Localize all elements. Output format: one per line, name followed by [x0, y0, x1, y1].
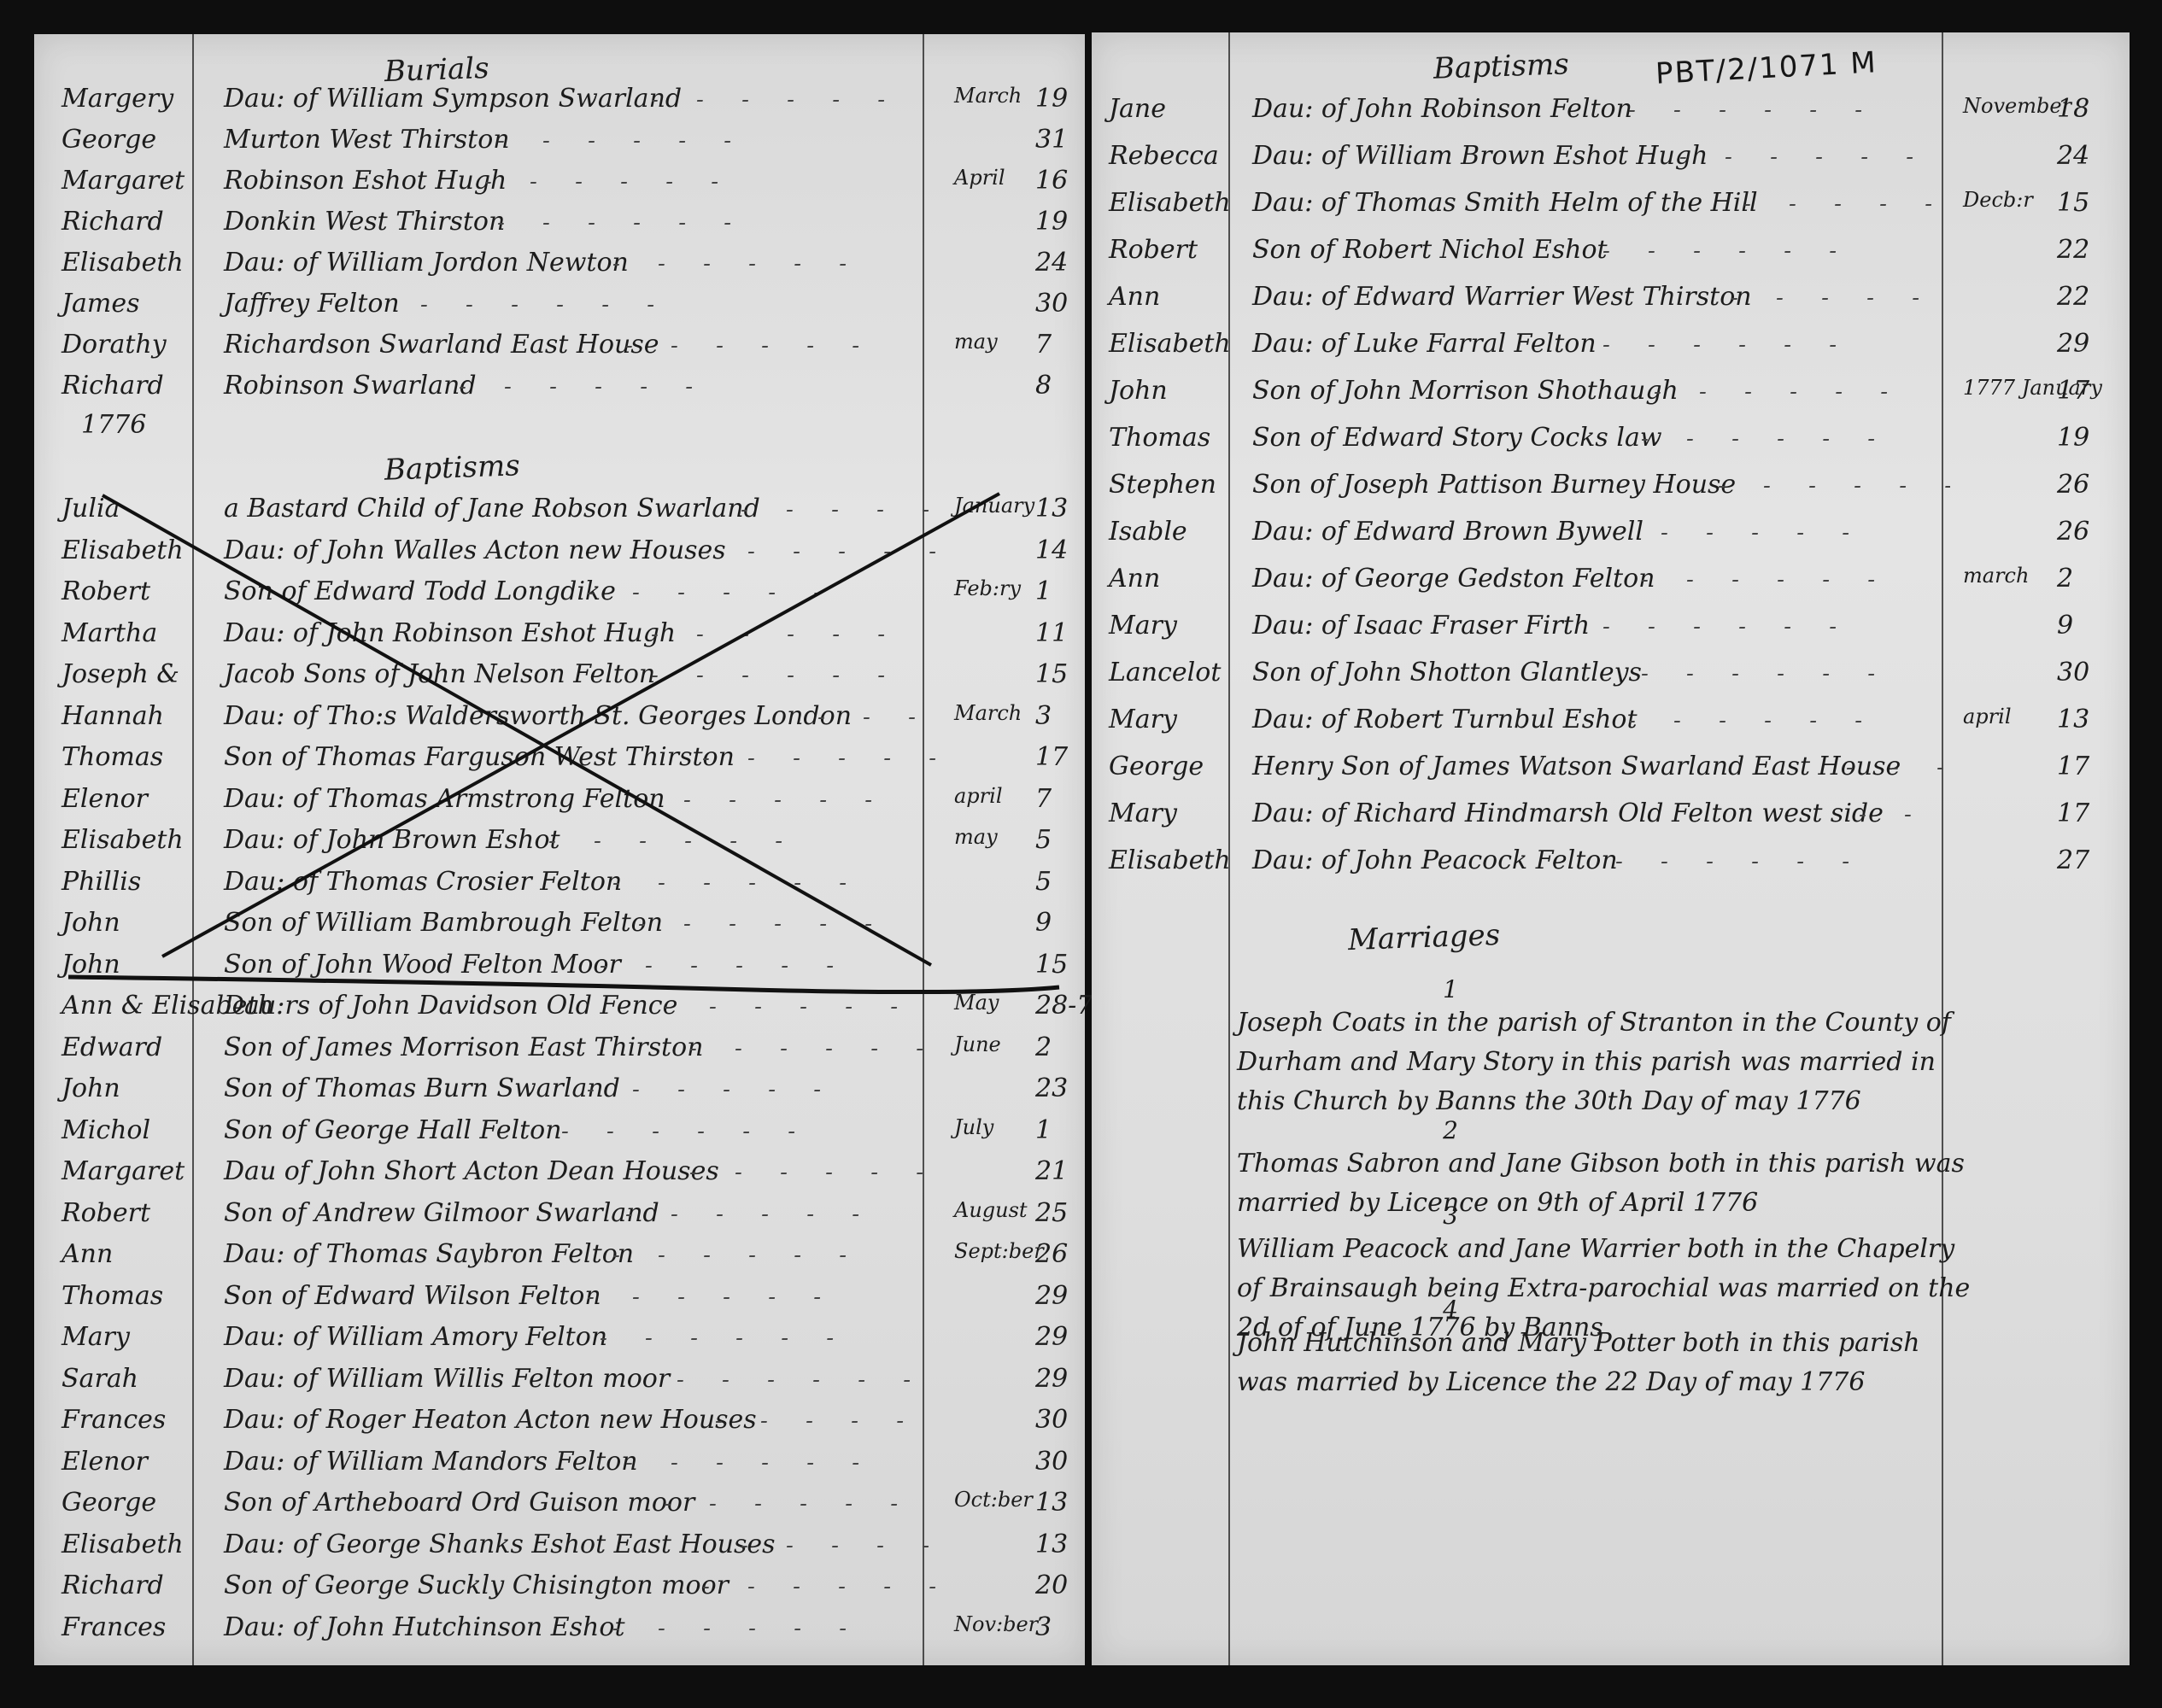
- leader-dashes: - - - - - -: [600, 953, 941, 979]
- entry-description: Son of George Suckly Chisington moor: [224, 1571, 729, 1600]
- entry-name: John: [1109, 376, 1168, 406]
- register-entry: AnnDau: of George Gedston Feltonmarch2- …: [1109, 564, 2117, 603]
- right-page: Baptisms PBT/2/1071 M JaneDau: of John R…: [1092, 32, 2130, 1665]
- entry-month: april: [1963, 705, 2012, 728]
- entry-description: Robinson Eshot Hugh: [224, 166, 507, 196]
- marriages-heading: Marriages: [1347, 918, 1500, 957]
- register-entry: SarahDau: of William Willis Felton moor2…: [62, 1364, 1069, 1403]
- entry-month: Sept:ber: [954, 1239, 1044, 1263]
- entry-month: August: [954, 1198, 1028, 1222]
- entry-name: Julia: [62, 494, 120, 524]
- entry-description: Dau: of Isaac Fraser Firth: [1252, 611, 1590, 640]
- entry-name: Elenor: [62, 1447, 148, 1477]
- leader-dashes: - - - - - -: [625, 333, 941, 359]
- entry-description: Dau: of Luke Farral Felton: [1252, 329, 1597, 359]
- entry-description: Dau: of Tho:s Waldersworth St. Georges L…: [224, 701, 852, 731]
- entry-description: Dau: of Thomas Armstrong Felton: [224, 784, 665, 814]
- entry-name: Joseph &: [62, 659, 179, 689]
- register-entry: MaryDau: of Robert Turnbul Eshotapril13-…: [1109, 705, 2117, 744]
- baptisms-heading-right: Baptisms: [1433, 47, 1569, 86]
- entry-day: 18: [2057, 94, 2089, 124]
- entry-description: Son of James Morrison East Thirston: [224, 1032, 703, 1062]
- entry-day: 13: [2057, 705, 2089, 734]
- register-entry: ElisabethDau: of Thomas Smith Helm of th…: [1109, 188, 2117, 227]
- entry-description: Son of Artheboard Ord Guison moor: [224, 1488, 694, 1518]
- entry-description: Dau: of Thomas Crosier Felton: [224, 867, 622, 897]
- entry-name: Mary: [1109, 705, 1177, 734]
- entry-day: 29: [1035, 1364, 1068, 1394]
- leader-dashes: - - - - - -: [638, 911, 941, 937]
- register-entry: MarthaDau: of John Robinson Eshot Hugh11…: [62, 618, 1069, 658]
- leader-dashes: - - - - - -: [1718, 473, 1950, 499]
- entry-description: Dau: of William Willis Felton moor: [224, 1364, 670, 1394]
- leader-dashes: - - - - - -: [702, 1574, 941, 1600]
- leader-dashes: - - - - - -: [600, 1325, 941, 1351]
- entry-day: 17: [2057, 376, 2089, 406]
- register-entry: RebeccaDau: of William Brown Eshot Hugh2…: [1109, 141, 2117, 180]
- leader-dashes: - - - - - -: [1628, 708, 1950, 734]
- entry-day: 30: [1035, 1447, 1068, 1477]
- entry-name: Stephen: [1109, 470, 1216, 500]
- entry-description: Son of Edward Wilson Felton: [224, 1281, 601, 1311]
- entry-day: 14: [1035, 535, 1068, 565]
- entry-description: Son of William Bambrough Felton: [224, 908, 663, 938]
- entry-month: March: [954, 84, 1022, 108]
- entry-day: 31: [1035, 125, 1068, 155]
- baptisms-heading-left: Baptisms: [384, 448, 520, 488]
- entry-name: Elisabeth: [1109, 845, 1231, 875]
- entry-day: 24: [1035, 248, 1068, 278]
- register-entry: Ann & ElisabethDau:rs of John Davidson O…: [62, 991, 1069, 1030]
- register-entry: StephenSon of Joseph Pattison Burney Hou…: [1109, 470, 2117, 509]
- register-entry: AnnDau: of Edward Warrier West Thirston2…: [1109, 282, 2117, 321]
- register-entry: GeorgeSon of Artheboard Ord Guison moorO…: [62, 1488, 1069, 1527]
- leader-dashes: - - - - - -: [1602, 238, 1950, 264]
- register-entry: GeorgeMurton West Thirston31- - - - - -: [62, 125, 1069, 164]
- register-entry: ElisabethDau: of Luke Farral Felton29- -…: [1109, 329, 2117, 368]
- entry-description: Jaffrey Felton: [224, 289, 400, 319]
- leader-dashes: - - - - - -: [651, 622, 941, 647]
- register-entry: HannahDau: of Tho:s Waldersworth St. Geo…: [62, 701, 1069, 740]
- entry-day: 26: [2057, 470, 2089, 500]
- scanned-register-spread: Burials MargeryDau: of William Sympson S…: [0, 0, 2162, 1708]
- entry-name: Robert: [62, 576, 150, 606]
- entry-day: 30: [1035, 289, 1068, 319]
- entry-name: John: [62, 908, 120, 938]
- register-entry: JohnSon of Thomas Burn Swarland23- - - -…: [62, 1073, 1069, 1113]
- entry-name: Richard: [62, 207, 164, 237]
- entry-name: George: [62, 125, 156, 155]
- entry-month: Nov:ber: [954, 1612, 1038, 1636]
- entry-day: 15: [2057, 188, 2089, 218]
- entry-name: Martha: [62, 618, 157, 648]
- register-entry: ElisabethDau: of John Walles Acton new H…: [62, 535, 1069, 575]
- entry-name: Hannah: [62, 701, 164, 731]
- register-entry: JohnSon of John Morrison Shothaugh1777 J…: [1109, 376, 2117, 415]
- leader-dashes: - - - - - -: [612, 251, 941, 277]
- entry-day: 30: [2057, 658, 2089, 687]
- entry-day: 30: [1035, 1405, 1068, 1435]
- entry-name: John: [62, 950, 120, 980]
- leader-dashes: - - - - - -: [1654, 379, 1950, 405]
- entry-month: April: [954, 166, 1005, 190]
- register-entry: Juliaa Bastard Child of Jane Robson Swar…: [62, 494, 1069, 533]
- entry-day: 13: [1035, 1488, 1068, 1518]
- entry-name: Ann: [1109, 282, 1160, 312]
- register-entry: JamesJaffrey Felton30- - - - - -: [62, 289, 1069, 328]
- entry-name: James: [62, 289, 140, 319]
- entry-name: Robert: [1109, 235, 1198, 265]
- entry-name: Elisabeth: [62, 535, 184, 565]
- marriage-number: 2: [1237, 1117, 1664, 1144]
- entry-day: 13: [1035, 1530, 1068, 1559]
- register-entry: AnnDau: of Thomas Saybron FeltonSept:ber…: [62, 1239, 1069, 1278]
- entry-name: Sarah: [62, 1364, 138, 1394]
- entry-description: Son of Robert Nichol Eshot: [1252, 235, 1608, 265]
- entry-month: Feb:ry: [954, 576, 1021, 600]
- entry-name: Robert: [62, 1198, 150, 1228]
- entry-day: 19: [2057, 423, 2089, 453]
- marriage-text: John Hutchinson and Mary Potter both in …: [1237, 1328, 1920, 1397]
- leader-dashes: - - - - - -: [1602, 614, 1950, 640]
- entry-name: Edward: [62, 1032, 162, 1062]
- register-entry: LancelotSon of John Shotton Glantleys30-…: [1109, 658, 2117, 697]
- register-entry: RichardDonkin West Thirston19- - - - - -: [62, 207, 1069, 246]
- entry-day: 19: [1035, 207, 1068, 237]
- leader-dashes: - - - - - -: [497, 210, 941, 236]
- year-marker: 1776: [81, 410, 146, 440]
- entry-day: 2: [1035, 1032, 1052, 1062]
- entry-day: 20: [1035, 1571, 1068, 1600]
- entry-description: Dau: of William Amory Felton: [224, 1322, 607, 1352]
- register-entry: MaryDau: of William Amory Felton29- - - …: [62, 1322, 1069, 1361]
- register-entry: MaryDau: of Isaac Fraser Firth9- - - - -…: [1109, 611, 2117, 650]
- entry-day: 5: [1035, 867, 1052, 897]
- entry-description: Dau: of John Hutchinson Eshot: [224, 1612, 625, 1642]
- entry-name: Thomas: [62, 1281, 163, 1311]
- entry-month: June: [954, 1032, 1001, 1056]
- register-entry: RobertSon of Robert Nichol Eshot22- - - …: [1109, 235, 2117, 274]
- marriage-number: 1: [1237, 976, 1664, 1003]
- entry-day: 1: [1035, 576, 1052, 606]
- entry-day: 29: [1035, 1322, 1068, 1352]
- register-entry: JaneDau: of John Robinson FeltonNovember…: [1109, 94, 2117, 133]
- leader-dashes: - - - - - -: [497, 128, 941, 154]
- entry-name: Richard: [62, 371, 164, 401]
- leader-dashes: - - - - - -: [651, 663, 941, 688]
- leader-dashes: - - - - - -: [1743, 191, 1950, 217]
- entry-month: July: [954, 1115, 993, 1139]
- leader-dashes: - - - - - -: [420, 292, 941, 318]
- leader-dashes: - - - - - -: [612, 870, 941, 896]
- entry-description: Dau: of Richard Hindmarsh Old Felton wes…: [1252, 798, 1884, 828]
- entry-description: Dau: of John Robinson Felton: [1252, 94, 1632, 124]
- marriage-entry: 4John Hutchinson and Mary Potter both in…: [1237, 1296, 1972, 1402]
- entry-description: Son of John Wood Felton Moor: [224, 950, 621, 980]
- entry-name: Elisabeth: [62, 1530, 184, 1559]
- leader-dashes: - - - - - -: [638, 787, 941, 813]
- entry-description: Dau: of Robert Turnbul Eshot: [1252, 705, 1638, 734]
- entry-description: Dau: of George Gedston Felton: [1252, 564, 1655, 594]
- entry-month: May: [954, 991, 999, 1015]
- entry-month: may: [954, 825, 998, 849]
- entry-day: 24: [2057, 141, 2089, 171]
- entry-description: Richardson Swarland East House: [224, 330, 659, 360]
- entry-month: January: [954, 494, 1034, 518]
- register-entry: JohnSon of William Bambrough Felton9- - …: [62, 908, 1069, 947]
- entry-day: 8: [1035, 371, 1052, 401]
- register-entry: JohnSon of John Wood Felton Moor15- - - …: [62, 950, 1069, 989]
- entry-day: 22: [2057, 282, 2089, 312]
- entry-description: Dau: of Thomas Saybron Felton: [224, 1239, 634, 1269]
- entry-description: Son of Andrew Gilmoor Swarland: [224, 1198, 659, 1228]
- leader-dashes: - - - - - -: [702, 746, 941, 771]
- leader-dashes: - - - - - -: [715, 1408, 941, 1434]
- entry-description: Robinson Swarland: [224, 371, 477, 401]
- marriage-entry: 1Joseph Coats in the parish of Stranton …: [1237, 976, 1972, 1121]
- leader-dashes: - - - - - -: [677, 1367, 941, 1393]
- entry-name: Elisabeth: [1109, 188, 1231, 218]
- leader-dashes: - - - - - -: [587, 580, 941, 605]
- entry-day: 9: [2057, 611, 2073, 640]
- register-entry: ElisabethDau: of George Shanks Eshot Eas…: [62, 1530, 1069, 1569]
- entry-name: Mary: [1109, 798, 1177, 828]
- entry-day: 13: [1035, 494, 1068, 524]
- entry-name: Margaret: [62, 166, 185, 196]
- entry-day: 19: [1035, 84, 1068, 114]
- leader-dashes: - - - - - -: [741, 497, 941, 523]
- entry-name: John: [62, 1073, 120, 1103]
- leader-dashes: - - - - - -: [664, 1491, 941, 1517]
- entry-name: Mary: [62, 1322, 130, 1352]
- entry-name: Elisabeth: [62, 825, 184, 855]
- entry-name: George: [62, 1488, 156, 1518]
- entry-description: Dau: of Thomas Smith Helm of the Hill: [1252, 188, 1758, 218]
- entry-name: Jane: [1109, 94, 1166, 124]
- entry-description: Dau: of George Shanks Eshot East Houses: [224, 1530, 776, 1559]
- register-entry: DorathyRichardson Swarland East Housemay…: [62, 330, 1069, 369]
- entry-month: Decb:r: [1963, 188, 2033, 212]
- entry-description: Dau: of John Walles Acton new Houses: [224, 535, 726, 565]
- marriage-text: Joseph Coats in the parish of Stranton i…: [1237, 1008, 1951, 1116]
- leader-dashes: - - - - - -: [612, 1243, 941, 1268]
- leader-dashes: - - - - - -: [1615, 849, 1950, 874]
- entry-month: Oct:ber: [954, 1488, 1033, 1512]
- leader-dashes: - - - - - -: [459, 374, 941, 400]
- leader-dashes: - - - - - -: [1641, 426, 1950, 452]
- leader-dashes: - - - - - -: [587, 1077, 941, 1103]
- leader-dashes: - - - - - -: [741, 1533, 941, 1559]
- entry-description: Henry Son of James Watson Swarland East …: [1252, 752, 1901, 781]
- entry-day: 7: [1035, 784, 1052, 814]
- entry-description: Jacob Sons of John Nelson Felton: [224, 659, 655, 689]
- entry-day: 27: [2057, 845, 2089, 875]
- entry-name: Elenor: [62, 784, 148, 814]
- entry-day: 26: [2057, 517, 2089, 547]
- entry-name: Rebecca: [1109, 141, 1219, 171]
- entry-description: Son of Thomas Burn Swarland: [224, 1073, 620, 1103]
- entry-description: Dau of John Short Acton Dean Houses: [224, 1156, 719, 1186]
- entry-month: November: [1963, 94, 2071, 118]
- entry-description: Dau: of William Mandors Felton: [224, 1447, 638, 1477]
- leader-dashes: - - - - - -: [702, 539, 941, 564]
- leader-dashes: - - - - - -: [1628, 97, 1950, 123]
- register-entry: ElisabethDau: of John Brown Eshotmay5- -…: [62, 825, 1069, 864]
- leader-dashes: - - - - - -: [625, 1450, 941, 1476]
- leader-dashes: - - - - - -: [664, 994, 941, 1020]
- leader-dashes: - - - - - -: [548, 828, 941, 854]
- entry-day: 7: [1035, 330, 1052, 360]
- register-entry: ElisabethDau: of William Jordon Newton24…: [62, 248, 1069, 287]
- register-entry: IsableDau: of Edward Brown Bywell26- - -…: [1109, 517, 2117, 556]
- entry-description: Son of George Hall Felton: [224, 1115, 562, 1145]
- entry-month: March: [954, 701, 1022, 725]
- entry-name: Margery: [62, 84, 173, 114]
- marriage-number: 3: [1237, 1202, 1664, 1230]
- register-entry: RobertSon of Andrew Gilmoor SwarlandAugu…: [62, 1198, 1069, 1237]
- entry-description: Son of Edward Todd Longdike: [224, 576, 616, 606]
- entry-day: 25: [1035, 1198, 1068, 1228]
- register-entry: RichardRobinson Swarland8- - - - - -: [62, 371, 1069, 410]
- entry-day: 5: [1035, 825, 1052, 855]
- entry-day: 22: [2057, 235, 2089, 265]
- entry-name: Thomas: [1109, 423, 1210, 453]
- entry-day: 16: [1035, 166, 1068, 196]
- entry-description: Son of John Shotton Glantleys: [1252, 658, 1642, 687]
- register-entry: ThomasSon of Thomas Farguson West Thirst…: [62, 742, 1069, 781]
- leader-dashes: - - - - - -: [1641, 567, 1950, 593]
- leader-dashes: - - - - - -: [1615, 520, 1950, 546]
- leader-dashes: - - - - - -: [689, 1160, 941, 1185]
- entry-name: Frances: [62, 1612, 166, 1642]
- archive-reference: PBT/2/1071 M: [1655, 45, 1878, 91]
- left-page: Burials MargeryDau: of William Sympson S…: [34, 34, 1085, 1665]
- entry-day: 11: [1035, 618, 1068, 648]
- register-entry: MaryDau: of Richard Hindmarsh Old Felton…: [1109, 798, 2117, 838]
- register-entry: RichardSon of George Suckly Chisington m…: [62, 1571, 1069, 1610]
- leader-dashes: - - - - - -: [612, 1616, 941, 1641]
- entry-description: Dau: of John Peacock Felton: [1252, 845, 1618, 875]
- entry-description: Dau: of William Jordon Newton: [224, 248, 629, 278]
- register-entry: EdwardSon of James Morrison East Thirsto…: [62, 1032, 1069, 1072]
- entry-description: Son of Edward Story Cocks law: [1252, 423, 1662, 453]
- entry-day: 9: [1035, 908, 1052, 938]
- leader-dashes: - - - - - -: [1846, 755, 1950, 781]
- entry-description: Donkin West Thirston: [224, 207, 505, 237]
- entry-description: Dau: of Edward Brown Bywell: [1252, 517, 1643, 547]
- leader-dashes: - - - - - -: [625, 1202, 941, 1227]
- entry-description: Dau: of William Sympson Swarland: [224, 84, 682, 114]
- register-entry: Joseph &Jacob Sons of John Nelson Felton…: [62, 659, 1069, 699]
- entry-day: 15: [1035, 950, 1068, 980]
- entry-description: Son of John Morrison Shothaugh: [1252, 376, 1679, 406]
- register-entry: MicholSon of George Hall FeltonJuly1- - …: [62, 1115, 1069, 1155]
- leader-dashes: - - - - - -: [651, 87, 941, 113]
- leader-dashes: - - - - - -: [689, 1036, 941, 1062]
- entry-name: Elisabeth: [1109, 329, 1231, 359]
- entry-day: 17: [2057, 752, 2089, 781]
- entry-description: Dau: of John Robinson Eshot Hugh: [224, 618, 676, 648]
- entry-day: 23: [1035, 1073, 1068, 1103]
- entry-name: Ann: [1109, 564, 1160, 594]
- leader-dashes: - - - - - -: [587, 1284, 941, 1310]
- leader-dashes: - - - - - -: [1641, 661, 1950, 687]
- register-entry: MargaretRobinson Eshot HughApril16- - - …: [62, 166, 1069, 205]
- leader-dashes: - - - - - -: [1679, 144, 1950, 170]
- register-entry: PhillisDau: of Thomas Crosier Felton5- -…: [62, 867, 1069, 906]
- entry-description: Dau: of John Brown Eshot: [224, 825, 560, 855]
- register-entry: FrancesDau: of John Hutchinson EshotNov:…: [62, 1612, 1069, 1652]
- entry-description: Son of Joseph Pattison Burney House: [1252, 470, 1736, 500]
- entry-description: a Bastard Child of Jane Robson Swarland: [224, 494, 760, 524]
- register-entry: ElenorDau: of William Mandors Felton30- …: [62, 1447, 1069, 1486]
- entry-day: 29: [2057, 329, 2089, 359]
- entry-day: 1: [1035, 1115, 1052, 1145]
- entry-description: Murton West Thirston: [224, 125, 510, 155]
- register-entry: FrancesDau: of Roger Heaton Acton new Ho…: [62, 1405, 1069, 1444]
- entry-name: George: [1109, 752, 1204, 781]
- entry-day: 17: [2057, 798, 2089, 828]
- entry-day: 21: [1035, 1156, 1068, 1186]
- entry-name: Ann: [62, 1239, 113, 1269]
- entry-name: Lancelot: [1109, 658, 1221, 687]
- entry-day: 3: [1035, 1612, 1052, 1642]
- entry-name: Michol: [62, 1115, 150, 1145]
- entry-name: Margaret: [62, 1156, 185, 1186]
- register-entry: RobertSon of Edward Todd LongdikeFeb:ry1…: [62, 576, 1069, 616]
- marriage-number: 4: [1237, 1296, 1664, 1324]
- register-entry: MargaretDau of John Short Acton Dean Hou…: [62, 1156, 1069, 1196]
- leader-dashes: - - - - - -: [1859, 802, 1950, 828]
- leader-dashes: - - - - - -: [484, 169, 941, 195]
- entry-description: Dau: of Edward Warrier West Thirston: [1252, 282, 1752, 312]
- entry-day: 17: [1035, 742, 1068, 772]
- register-entry: ElisabethDau: of John Peacock Felton27- …: [1109, 845, 2117, 885]
- entry-name: Richard: [62, 1571, 164, 1600]
- register-entry: GeorgeHenry Son of James Watson Swarland…: [1109, 752, 2117, 791]
- register-entry: ElenorDau: of Thomas Armstrong Feltonapr…: [62, 784, 1069, 823]
- entry-day: 29: [1035, 1281, 1068, 1311]
- register-entry: MargeryDau: of William Sympson SwarlandM…: [62, 84, 1069, 123]
- leader-dashes: - - - - - -: [1602, 332, 1950, 358]
- entry-description: Dau: of Roger Heaton Acton new Houses: [224, 1405, 757, 1435]
- entry-name: Isable: [1109, 517, 1187, 547]
- leader-dashes: - - - - - -: [561, 1119, 941, 1144]
- leader-dashes: - - - - - -: [1731, 285, 1950, 311]
- leader-dashes: - - - - - -: [817, 705, 941, 730]
- entry-day: 3: [1035, 701, 1052, 731]
- entry-name: Phillis: [62, 867, 141, 897]
- register-entry: ThomasSon of Edward Story Cocks law19- -…: [1109, 423, 2117, 462]
- entry-day: 2: [2057, 564, 2073, 594]
- entry-name: Thomas: [62, 742, 163, 772]
- entry-description: Dau: of William Brown Eshot Hugh: [1252, 141, 1708, 171]
- entry-description: Son of Thomas Farguson West Thirston: [224, 742, 735, 772]
- entry-name: Dorathy: [62, 330, 167, 360]
- entry-day: 15: [1035, 659, 1068, 689]
- entry-day: 26: [1035, 1239, 1068, 1269]
- register-entry: ThomasSon of Edward Wilson Felton29- - -…: [62, 1281, 1069, 1320]
- entry-description: Dau:rs of John Davidson Old Fence: [224, 991, 677, 1021]
- entry-name: Mary: [1109, 611, 1177, 640]
- entry-name: Elisabeth: [62, 248, 184, 278]
- entry-month: march: [1963, 564, 2029, 588]
- entry-month: april: [954, 784, 1003, 808]
- entry-month: may: [954, 330, 998, 354]
- entry-name: Frances: [62, 1405, 166, 1435]
